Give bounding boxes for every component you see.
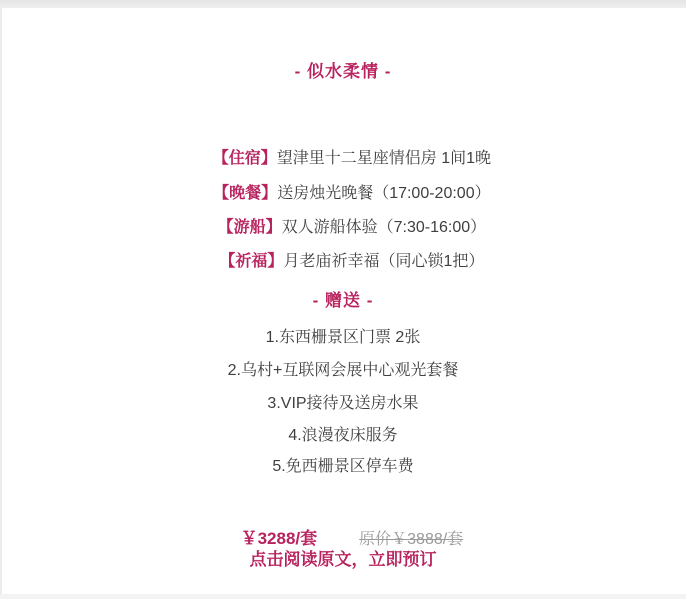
top-edge-strip <box>0 0 686 8</box>
gift-list-item: 1.东西栅景区门票 2张 <box>0 328 686 348</box>
package-item-blessing: 【祈福】月老庙祈幸福（同心锁1把） <box>0 232 686 292</box>
gift-list-item: 5.免西栅景区停车费 <box>0 457 686 477</box>
current-price: ￥3288/套 <box>241 529 318 548</box>
article-page: - 似水柔情 - 【住宿】望津里十二星座情侣房 1间1晚 【晚餐】送房烛光晚餐（… <box>0 0 686 599</box>
package-title: - 似水柔情 - <box>0 62 686 82</box>
package-item-label: 【祈福】 <box>219 253 283 270</box>
gift-list-item: 2.乌村+互联网会展中心观光套餐 <box>0 361 686 381</box>
original-price-strikethrough: 原价￥3888/套 <box>359 531 463 548</box>
bottom-edge-strip <box>0 594 686 599</box>
read-original-cta[interactable]: 点击阅读原文，立即预订 <box>0 550 686 570</box>
gift-list-item: 4.浪漫夜床服务 <box>0 426 686 446</box>
gifts-section-title: - 赠送 - <box>0 291 686 311</box>
package-item-text: 月老庙祈幸福（同心锁1把） <box>283 253 484 270</box>
gift-list-item: 3.VIP接待及送房水果 <box>0 394 686 414</box>
